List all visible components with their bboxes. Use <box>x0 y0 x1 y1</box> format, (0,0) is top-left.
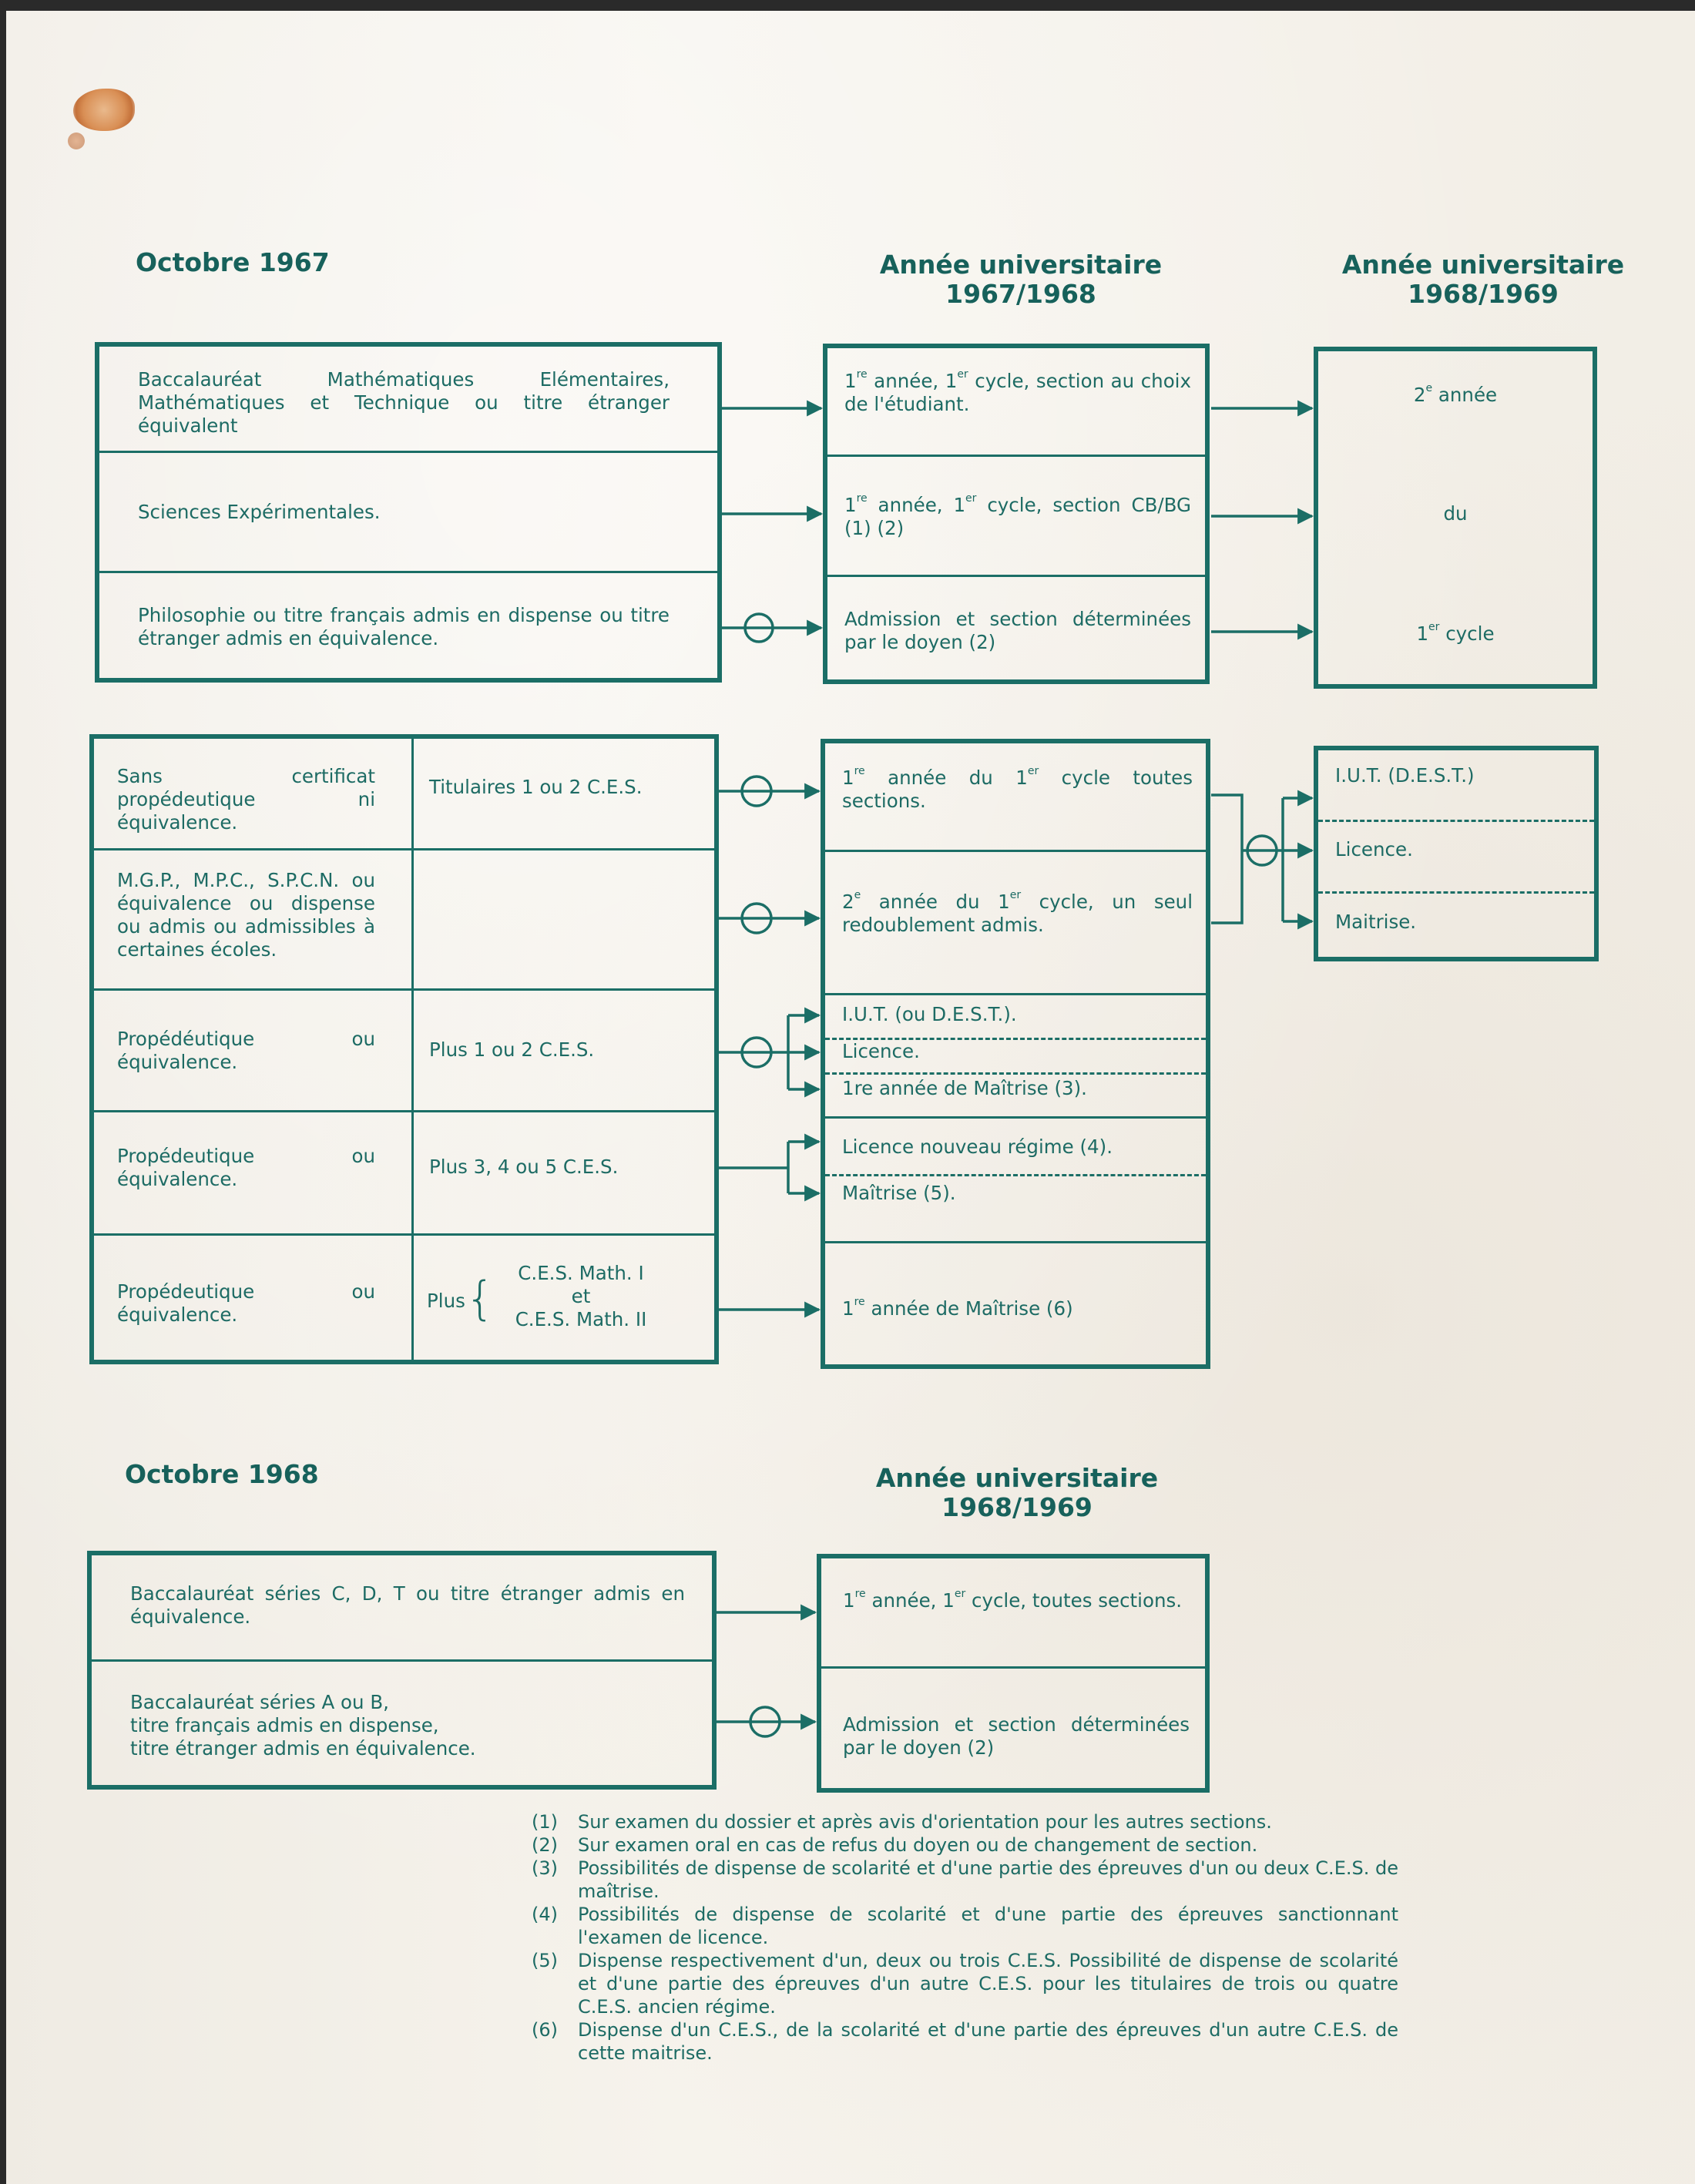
footnote-text: Dispense d'un C.E.S., de la scolarité et… <box>578 2018 1398 2065</box>
footnote-1: (1)Sur examen du dossier et après avis d… <box>532 1810 1398 1833</box>
footnote-number: (3) <box>532 1857 578 1903</box>
footnote-text: Possibilités de dispense de scolarité et… <box>578 1903 1398 1949</box>
footnote-2: (2)Sur examen oral en cas de refus du do… <box>532 1833 1398 1857</box>
footnote-text: Sur examen du dossier et après avis d'or… <box>578 1810 1398 1833</box>
footnote-6: (6)Dispense d'un C.E.S., de la scolarité… <box>532 2018 1398 2065</box>
footnote-text: Sur examen oral en cas de refus du doyen… <box>578 1833 1398 1857</box>
footnotes: (1)Sur examen du dossier et après avis d… <box>532 1810 1398 2065</box>
footnote-text: Dispense respectivement d'un, deux ou tr… <box>578 1949 1398 2018</box>
footnote-number: (1) <box>532 1810 578 1833</box>
footnote-4: (4)Possibilités de dispense de scolarité… <box>532 1903 1398 1949</box>
footnote-number: (5) <box>532 1949 578 2018</box>
footnote-text: Possibilités de dispense de scolarité et… <box>578 1857 1398 1903</box>
footnote-5: (5)Dispense respectivement d'un, deux ou… <box>532 1949 1398 2018</box>
footnote-number: (4) <box>532 1903 578 1949</box>
footnote-number: (6) <box>532 2018 578 2065</box>
footnote-number: (2) <box>532 1833 578 1857</box>
footnote-3: (3)Possibilités de dispense de scolarité… <box>532 1857 1398 1903</box>
